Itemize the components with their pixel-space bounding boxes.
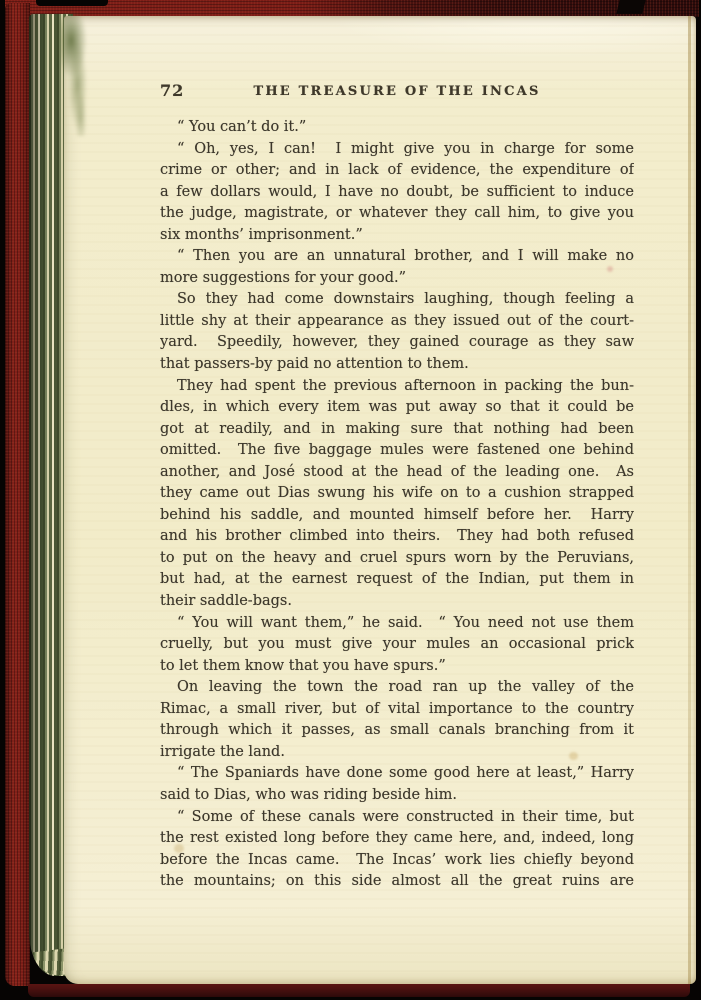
text-line: “ Some of these canals were constructed … — [160, 807, 634, 829]
text-line: the rest existed long before they came h… — [160, 828, 634, 850]
text-line: “ You will want them,” he said. “ You ne… — [160, 613, 634, 635]
text-line: before the Incas came. The Incas’ work l… — [160, 850, 634, 872]
text-line: and his brother climbed into theirs. The… — [160, 526, 634, 548]
green-stain — [60, 14, 100, 136]
running-header: THE TREASURE OF THE INCAS — [160, 84, 634, 99]
text-line: six months’ imprisonment.” — [160, 225, 634, 247]
text-line: to let them know that you have spurs.” — [160, 656, 634, 678]
background-gap — [36, 0, 108, 6]
text-line: behind his saddle, and mounted himself b… — [160, 505, 634, 527]
text-line: that passers-by paid no attention to the… — [160, 354, 634, 376]
book-cover-left-edge — [5, 3, 30, 986]
book-page: 72 THE TREASURE OF THE INCAS “ You can’t… — [64, 16, 696, 984]
text-line: Rimac, a small river, but of vital impor… — [160, 699, 634, 721]
scanned-book-photo: 72 THE TREASURE OF THE INCAS “ You can’t… — [0, 0, 701, 1000]
background-gap — [616, 0, 645, 14]
text-line: “ You can’t do it.” — [160, 117, 634, 139]
text-line: little shy at their appearance as they i… — [160, 311, 634, 333]
page-text: “ You can’t do it.”“ Oh, yes, I can! I m… — [160, 117, 634, 893]
text-line: dles, in which every item was put away s… — [160, 397, 634, 419]
text-line: omitted. The five baggage mules were fas… — [160, 440, 634, 462]
text-line: got at readily, and in making sure that … — [160, 419, 634, 441]
text-line: their saddle-bags. — [160, 591, 634, 613]
text-line: “ Oh, yes, I can! I might give you in ch… — [160, 139, 634, 161]
text-line: So they had come downstairs laughing, th… — [160, 289, 634, 311]
book-cover-top-edge — [5, 0, 699, 17]
book-cover-bottom-edge — [28, 984, 690, 997]
text-line: crime or other; and in lack of evidence,… — [160, 160, 634, 182]
text-line: “ Then you are an unnatural brother, and… — [160, 246, 634, 268]
text-line: On leaving the town the road ran up the … — [160, 677, 634, 699]
page-header: 72 THE TREASURE OF THE INCAS — [160, 78, 634, 100]
text-line: more suggestions for your good.” — [160, 268, 634, 290]
text-line: another, and José stood at the head of t… — [160, 462, 634, 484]
text-line: “ The Spaniards have done some good here… — [160, 763, 634, 785]
text-line: irrigate the land. — [160, 742, 634, 764]
text-line: through which it passes, as small canals… — [160, 720, 634, 742]
text-line: yard. Speedily, however, they gained cou… — [160, 332, 634, 354]
text-line: the mountains; on this side almost all t… — [160, 871, 634, 893]
text-line: but had, at the earnest request of the I… — [160, 569, 634, 591]
text-line: They had spent the previous afternoon in… — [160, 376, 634, 398]
text-line: the judge, magistrate, or whatever they … — [160, 203, 634, 225]
text-line: cruelly, but you must give your mules an… — [160, 634, 634, 656]
text-line: to put on the heavy and cruel spurs worn… — [160, 548, 634, 570]
text-line: they came out Dias swung his wife on to … — [160, 483, 634, 505]
text-line: said to Dias, who was riding beside him. — [160, 785, 634, 807]
text-line: a few dollars would, I have no doubt, be… — [160, 182, 634, 204]
